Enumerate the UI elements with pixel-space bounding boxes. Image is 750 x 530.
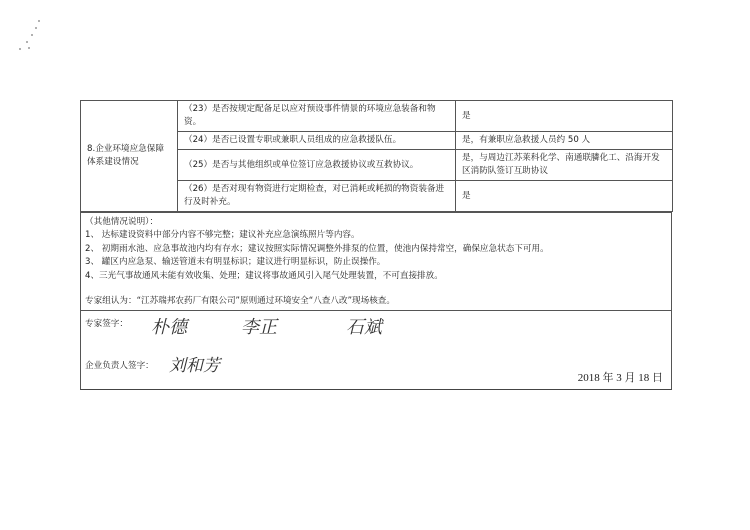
expert-signature: 李正	[241, 313, 277, 339]
conclusion: 专家组认为：“江苏瑞邦农药厂有限公司”原则通过环境安全“八查八改”现场核查。	[85, 295, 665, 308]
notes-section: （其他情况说明）： 1、 达标建设资料中部分内容不够完整；建议补充应急演练照片等…	[80, 212, 672, 310]
table-row: 8.企业环境应急保障体系建设情况 （23）是否按规定配备足以应对预设事件情景的环…	[81, 101, 673, 132]
check-item: （23）是否按规定配备足以应对预设事件情景的环境应急装备和物资。	[178, 101, 456, 132]
check-answer: 是，有兼职应急救援人员约 50 人	[456, 132, 673, 150]
check-answer: 是	[456, 101, 673, 132]
sign-date: 2018 年 3 月 18 日	[578, 369, 663, 385]
checklist-table: 8.企业环境应急保障体系建设情况 （23）是否按规定配备足以应对预设事件情景的环…	[80, 100, 673, 212]
expert-signature: 石斌	[346, 313, 382, 339]
company-signature-label: 企业负责人签字：	[85, 359, 154, 371]
review-form: 8.企业环境应急保障体系建设情况 （23）是否按规定配备足以应对预设事件情景的环…	[80, 100, 672, 390]
check-answer: 是	[456, 181, 673, 212]
check-item: （25）是否与其他组织或单位签订应急救援协议或互救协议。	[178, 150, 456, 181]
note-item: 3、 罐区内应急泵、输送管道未有明显标识；建议进行明显标识，防止误操作。	[85, 256, 665, 269]
expert-signature: 朴德	[151, 313, 187, 339]
check-item: （26）是否对现有物资进行定期检查，对已消耗或耗损的物资装备进行及时补充。	[178, 181, 456, 212]
section-label: 8.企业环境应急保障体系建设情况	[81, 101, 178, 212]
scan-specks	[14, 18, 44, 58]
expert-signature-label: 专家签字：	[85, 317, 128, 329]
signature-section: 专家签字： 朴德 李正 石斌 企业负责人签字： 刘和芳 2018 年 3 月 1…	[80, 310, 672, 390]
company-signature: 刘和芳	[169, 351, 220, 376]
check-item: （24）是否已设置专职或兼职人员组成的应急救援队伍。	[178, 132, 456, 150]
notes-heading: （其他情况说明）：	[85, 216, 665, 229]
check-answer: 是，与周边江苏莱科化学、南通联膦化工、沿海开发区消防队签订互助协议	[456, 150, 673, 181]
note-item: 1、 达标建设资料中部分内容不够完整；建议补充应急演练照片等内容。	[85, 229, 665, 242]
note-item: 4、三光气事故通风未能有效收集、处理；建议将事故通风引入尾气处理装置，不可直接排…	[85, 270, 665, 283]
note-item: 2、 初期雨水池、应急事故池内均有存水；建议按照实际情况调整外排泵的位置，使池内…	[85, 243, 665, 256]
